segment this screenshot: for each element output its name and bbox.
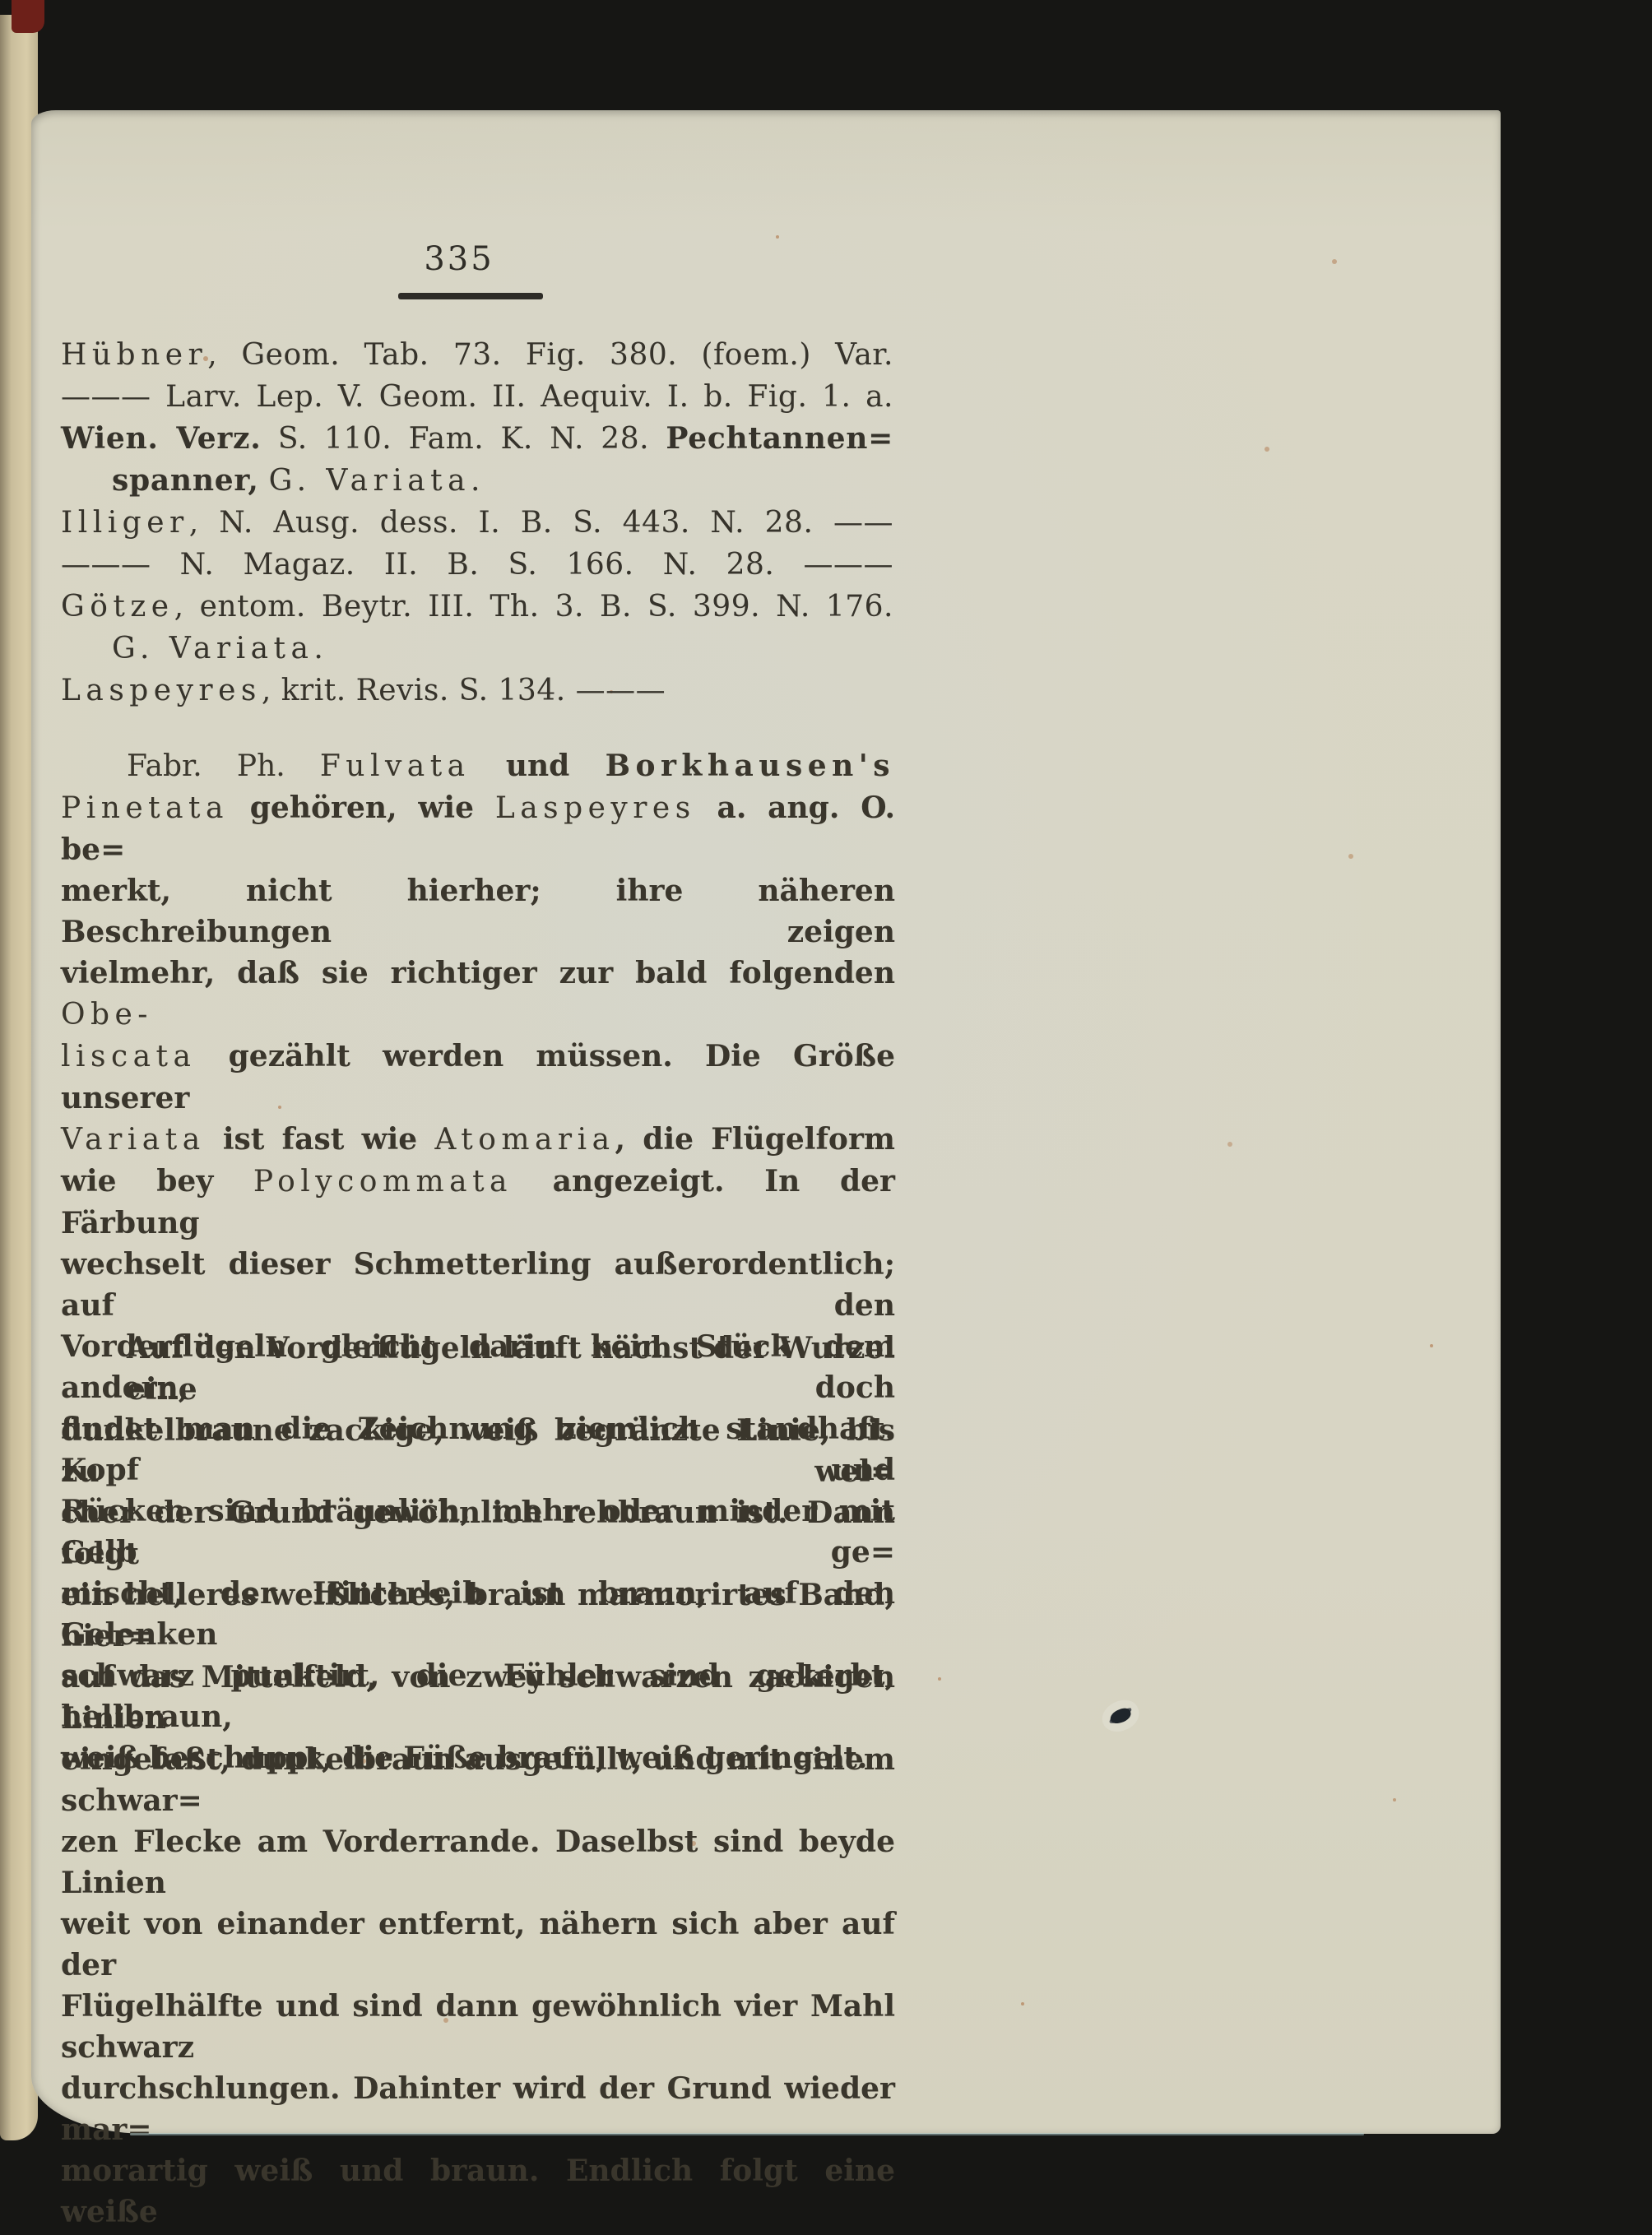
body-line: merkt, nicht hierher; ihre näheren Besch… <box>61 870 895 953</box>
text-segment: G. Variata. <box>269 464 485 498</box>
text-segment: Borkhausen's <box>606 749 895 783</box>
text-segment: ein helleres weißliches, braun marmorirt… <box>61 1578 895 1653</box>
bibliography-line: G. Variata. <box>61 628 893 670</box>
paper-speckles <box>31 110 35 114</box>
text-segment: G. Variata. <box>112 632 328 665</box>
page-number: 335 <box>377 240 541 278</box>
body-line: Pinetata gehören, wie Laspeyres a. ang. … <box>61 787 895 870</box>
text-segment: , krit. Revis. S. 134. ——— <box>262 674 666 707</box>
text-segment: Pechtannen= <box>666 421 893 456</box>
text-segment: dunkelbraune zackige, weiß begränzte Lin… <box>61 1413 895 1489</box>
bibliography-line: Hübner, Geom. Tab. 73. Fig. 380. (foem.)… <box>61 334 893 376</box>
text-segment: Variata <box>61 1123 206 1157</box>
text-segment <box>259 464 269 498</box>
text-segment: Hübner <box>61 338 207 372</box>
bibliography-line: Götze, entom. Beytr. III. Th. 3. B. S. 3… <box>61 586 893 628</box>
body-line: morartig weiß und braun. Endlich folgt e… <box>61 2150 895 2233</box>
body-line: Fabr. Ph. Fulvata und Borkhausen's <box>61 745 895 787</box>
text-segment: Pinetata <box>61 791 229 825</box>
text-segment: spanner, <box>112 463 259 498</box>
text-segment: merkt, nicht hierher; ihre näheren Besch… <box>61 874 895 949</box>
text-segment: , entom. Beytr. III. Th. 3. B. S. 399. N… <box>174 590 893 624</box>
body-line: Flügelhälfte und sind dann gewöhnlich vi… <box>61 1986 895 2068</box>
text-segment: durchschlungen. Dahinter wird der Grund … <box>61 2071 895 2147</box>
body-line: weit von einander entfernt, nähern sich … <box>61 1903 895 1986</box>
bibliography-line: Illiger, N. Ausg. dess. I. B. S. 443. N.… <box>61 502 893 544</box>
bibliography-line: Wien. Verz. S. 110. Fam. K. N. 28. Pecht… <box>61 418 893 460</box>
body-line: liscata gezählt werden müssen. Die Größe… <box>61 1036 895 1119</box>
body-line: ein helleres weißliches, braun marmorirt… <box>61 1574 895 1657</box>
text-segment: Fabr. Ph. <box>127 749 320 783</box>
body-paragraph-2: Auf den Vorderflügeln läuft nächst der W… <box>61 1328 895 2233</box>
text-segment: Atomaria <box>434 1123 615 1157</box>
book-page: 335 Hübner, Geom. Tab. 73. Fig. 380. (fo… <box>31 110 1501 2134</box>
body-line: wie bey Polycommata angezeigt. In der Fä… <box>61 1161 895 1244</box>
text-segment: Obe- <box>61 998 153 1032</box>
text-segment: , N. Ausg. dess. I. B. S. 443. N. 28. —— <box>189 506 893 540</box>
text-segment: morartig weiß und braun. Endlich folgt e… <box>61 2154 895 2229</box>
text-segment: und <box>471 749 606 783</box>
binding-red-edge <box>12 0 44 33</box>
text-segment: Götze <box>61 590 174 624</box>
text-segment: liscata <box>61 1040 196 1073</box>
text-segment: gehören, wie <box>229 791 495 825</box>
body-line: Auf den Vorderflügeln läuft nächst der W… <box>61 1328 895 1410</box>
bibliography-line: ——— Larv. Lep. V. Geom. II. Aequiv. I. b… <box>61 376 893 418</box>
text-segment: Laspeyres <box>61 674 262 707</box>
body-line: zen Flecke am Vorderrande. Daselbst sind… <box>61 1821 895 1903</box>
text-segment: Auf den Vorderflügeln läuft nächst der W… <box>127 1331 895 1407</box>
bibliography: Hübner, Geom. Tab. 73. Fig. 380. (foem.)… <box>61 334 893 712</box>
text-segment: Illiger <box>61 506 189 540</box>
text-segment: weit von einander entfernt, nähern sich … <box>61 1907 895 1982</box>
body-line: wechselt dieser Schmetterling außerorden… <box>61 1244 895 1326</box>
ink-spot <box>1108 1706 1133 1725</box>
text-segment: , Geom. Tab. 73. Fig. 380. (foem.) Var. <box>207 338 893 372</box>
bibliography-line: Laspeyres, krit. Revis. S. 134. ——— <box>61 670 893 712</box>
body-line: dunkelbraune zackige, weiß begränzte Lin… <box>61 1410 895 1492</box>
text-segment: wie bey <box>61 1164 253 1199</box>
text-segment: zen Flecke am Vorderrande. Daselbst sind… <box>61 1825 895 1900</box>
body-line: Variata ist fast wie Atomaria, die Flüge… <box>61 1119 895 1161</box>
text-segment: auf das Mittelfeld, von zwey schwarzen z… <box>61 1660 895 1736</box>
page-number-rule <box>398 293 543 299</box>
text-segment: cher der Grund gewöhnlich rehbraun ist. … <box>61 1495 895 1571</box>
scan-background: { "page": { "number": "335" }, "bibliogr… <box>0 0 1652 2235</box>
body-line: cher der Grund gewöhnlich rehbraun ist. … <box>61 1492 895 1574</box>
text-segment: ——— Larv. Lep. V. Geom. II. Aequiv. I. b… <box>61 380 893 414</box>
bibliography-line: spanner, G. Variata. <box>61 460 893 502</box>
text-segment: Flügelhälfte und sind dann gewöhnlich vi… <box>61 1989 895 2065</box>
text-segment: Laspeyres <box>495 791 696 825</box>
body-line: durchschlungen. Dahinter wird der Grund … <box>61 2068 895 2150</box>
body-line: eingefaßt, dunkelbraun ausgefüllt, und m… <box>61 1739 895 1821</box>
text-segment: Fulvata <box>320 749 471 783</box>
body-line: auf das Mittelfeld, von zwey schwarzen z… <box>61 1657 895 1739</box>
text-segment: Wien. Verz. <box>61 421 261 456</box>
body-line: vielmehr, daß sie richtiger zur bald fol… <box>61 953 895 1036</box>
text-segment: ——— N. Magaz. II. B. S. 166. N. 28. ——— <box>61 548 893 582</box>
text-segment: ist fast wie <box>206 1122 435 1157</box>
bibliography-line: ——— N. Magaz. II. B. S. 166. N. 28. ——— <box>61 544 893 586</box>
text-segment: Polycommata <box>253 1165 513 1199</box>
text-segment: wechselt dieser Schmetterling außerorden… <box>61 1247 895 1323</box>
text-segment: S. 110. Fam. K. N. 28. <box>261 422 666 456</box>
text-segment: , die Flügelform <box>615 1122 895 1157</box>
text-segment: eingefaßt, dunkelbraun ausgefüllt, und m… <box>61 1742 895 1818</box>
text-segment: vielmehr, daß sie richtiger zur bald fol… <box>61 956 895 990</box>
